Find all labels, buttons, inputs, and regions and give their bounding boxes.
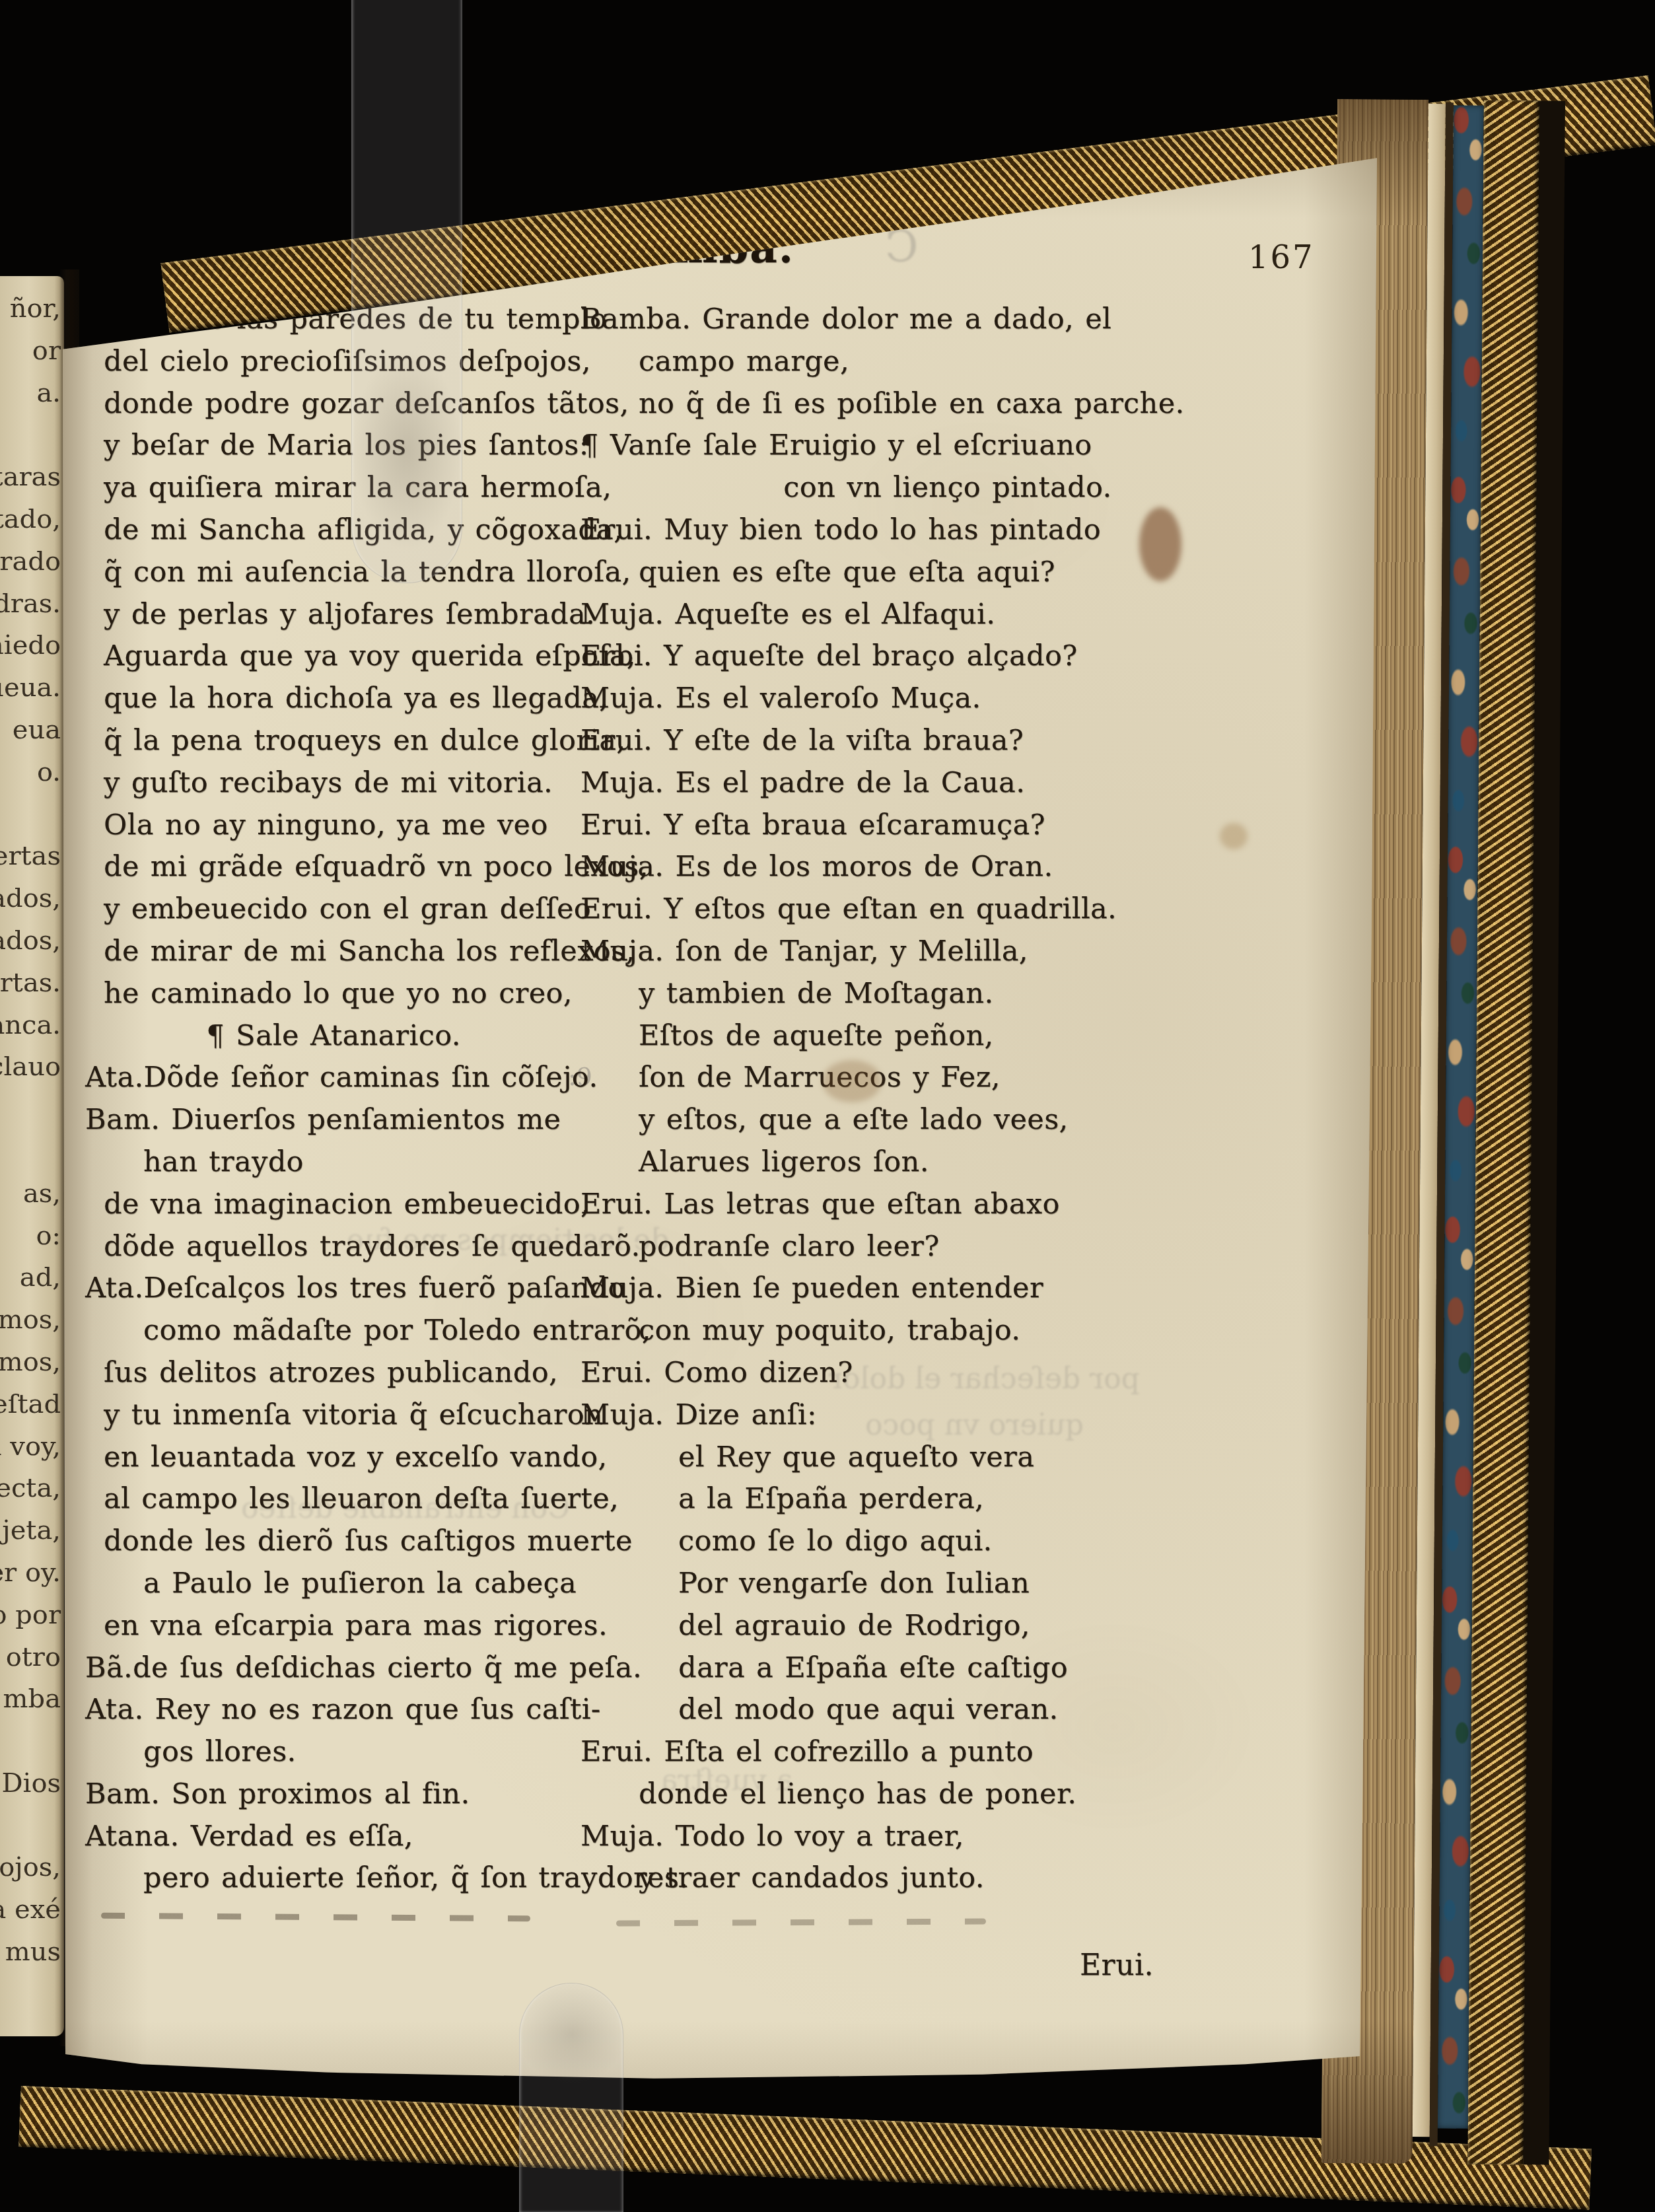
facing-page-fragment: jeta, bbox=[0, 1510, 64, 1552]
verse-line: han traydo bbox=[83, 1141, 584, 1184]
verse-line: ſus delitos atrozes publicando, bbox=[83, 1352, 584, 1394]
verse-line: Atana. Verdad es eſſa, bbox=[83, 1816, 584, 1858]
verse-line: al campo les lleuaron deſta ſuerte, bbox=[83, 1478, 584, 1520]
verse-line: y eſtos, que a eſte lado vees, bbox=[578, 1099, 1318, 1141]
verse-line: Bam. Diuerſos penſamientos me bbox=[83, 1099, 584, 1141]
verse-line: Por vengarſe don Iulian bbox=[578, 1563, 1318, 1605]
verse-line: ya quiſiera mirar la cara hermoſa, bbox=[83, 467, 584, 509]
facing-page-fragment: mis ojos, bbox=[0, 1847, 64, 1889]
verse-line: Muja. Todo lo voy a traer, bbox=[578, 1816, 1318, 1858]
verse-line: dõde aquellos traydores ſe quedarõ. bbox=[83, 1226, 584, 1268]
facing-page-fragment: ntado, bbox=[0, 499, 64, 541]
verse-line: Erui. Y eſtos que eſtan en quadrilla. bbox=[578, 888, 1318, 931]
facing-page-fragment: ya voy, bbox=[0, 1426, 64, 1468]
verse-line: de mi grãde eſquadrõ vn poco lexos, bbox=[83, 846, 584, 888]
verse-line: campo marge, bbox=[578, 341, 1318, 383]
facing-page-fragment: eua bbox=[0, 709, 64, 752]
catchword: Erui. bbox=[1080, 1948, 1154, 1982]
facing-page-fragment: eſclauo por bbox=[0, 1594, 64, 1637]
verse-line: del cielo precioſiſsimos deſpojos, bbox=[83, 341, 584, 383]
facing-page-fragment: a tierra exé bbox=[0, 1889, 64, 1931]
verse-line: gos llores. bbox=[83, 1731, 584, 1773]
verse-line: que la hora dichoſa ya es llegada, bbox=[83, 678, 584, 720]
facing-page-fragment: l eſclauo bbox=[0, 1046, 64, 1088]
verse-line: Erui. Muy bien todo lo has pintado bbox=[578, 509, 1318, 552]
book-page: VegaCde los tiempos me fueCon entrañable… bbox=[63, 99, 1377, 2133]
ink-smudge bbox=[616, 1919, 986, 1927]
verse-line: Erbi. Y aqueſte del braço alçado? bbox=[578, 635, 1318, 678]
verse-line: donde podre gozar deſcanſos tãtos, bbox=[83, 383, 584, 425]
verse-line: y beſar de Maria los pies ſantos: bbox=[83, 425, 584, 467]
verse-line: Muja. Es el padre de la Caua. bbox=[578, 762, 1318, 804]
verse-line: en leuantada voz y excelſo vando, bbox=[83, 1437, 584, 1479]
verse-line: dara a Eſpaña eſte caſtigo bbox=[578, 1647, 1318, 1690]
verse-line: y guſto recibays de mi vitoria. bbox=[83, 762, 584, 804]
verse-line: donde les dierõ ſus caſtigos muerte bbox=[83, 1520, 584, 1563]
verse-line: el Rey que aqueſto vera bbox=[578, 1437, 1318, 1479]
verse-line: Erui. Como dizen? bbox=[578, 1352, 1318, 1394]
verse-line: de mirar de mi Sancha los reflexos, bbox=[83, 931, 584, 973]
facing-page-fragment: dados, bbox=[0, 878, 64, 920]
facing-page-fragment: ndras. bbox=[0, 583, 64, 625]
right-text-column: Bamba. Grande dolor me a dado, elcampo m… bbox=[578, 299, 1318, 1900]
verse-line: ¶ Vanſe ſale Eruigio y el eſcriuano bbox=[578, 425, 1318, 467]
verse-line: Muja. ſon de Tanjar, y Melilla, bbox=[578, 931, 1318, 973]
facing-page-fragment: neabados, bbox=[0, 920, 64, 962]
verse-line: no q̃ de ſi es poſible en caxa parche. bbox=[578, 383, 1318, 425]
facing-page-fragment: mi Dios bbox=[0, 1763, 64, 1805]
ink-stain bbox=[1139, 507, 1181, 581]
facing-page-fragment: vamos, bbox=[0, 1299, 64, 1341]
facing-page-fragment: Mageſtad bbox=[0, 1384, 64, 1426]
verse-line: como ſe lo digo aqui. bbox=[578, 1520, 1318, 1563]
facing-page-fragment: mba bbox=[0, 1678, 64, 1721]
verse-line: Bamba. Grande dolor me a dado, el bbox=[578, 299, 1318, 341]
verse-line: he caminado lo que yo no creo, bbox=[83, 973, 584, 1015]
verse-line: pero aduierte ſeñor, q̃ ſon traydores. bbox=[83, 1857, 584, 1900]
verse-line: Ola no ay ninguno, ya me veo bbox=[83, 804, 584, 847]
transparent-book-strap-top bbox=[351, 0, 462, 583]
ink-stain bbox=[822, 1060, 882, 1102]
left-text-column: mirando las paredes de tu templodel ciel… bbox=[83, 299, 584, 1900]
facing-page-fragment bbox=[0, 794, 64, 836]
verse-line: Bã.de ſus deſdichas cierto q̃ me peſa. bbox=[83, 1647, 584, 1690]
facing-page-fragment: niedo bbox=[0, 625, 64, 667]
verse-line: Ata.Dõde ſeñor caminas ſin cõſejo. bbox=[83, 1057, 584, 1099]
facing-page-fragment: taras bbox=[0, 456, 64, 499]
verse-line: Muja. Aqueſte es el Alfaqui. bbox=[578, 594, 1318, 636]
verse-line: Erui. Y eſta braua eſcaramuça? bbox=[578, 804, 1318, 847]
verse-line: q̃ con mi auſencia la tendra lloroſa, bbox=[83, 552, 584, 594]
verse-line: q̃ la pena troqueys en dulce gloria, bbox=[83, 720, 584, 762]
verse-line: Bam. Son proximos al fin. bbox=[83, 1773, 584, 1816]
book-photo: ñor,ora.tarasntado,cerradondras.niedocue… bbox=[0, 0, 1655, 2212]
ink-stain bbox=[1220, 823, 1248, 849]
verse-line: y embeuecido con el gran deſſeo bbox=[83, 888, 584, 931]
facing-page-fragment: cerrado bbox=[0, 541, 64, 583]
facing-page-fragment bbox=[0, 1088, 64, 1131]
facing-page-fragment: os puertas bbox=[0, 836, 64, 878]
verse-line: con vn lienço pintado. bbox=[578, 467, 1318, 509]
facing-page-fragment: as, bbox=[0, 1173, 64, 1215]
facing-page-fragment bbox=[0, 414, 64, 456]
verse-line: y de perlas y aljofares ſembrada. bbox=[83, 594, 584, 636]
facing-page-fragment: cueua. bbox=[0, 667, 64, 709]
verse-line: ſon de Marruecos y Fez, bbox=[578, 1057, 1318, 1099]
verse-line: Ata. Rey no es razon que ſus caſti- bbox=[83, 1689, 584, 1731]
transparent-book-strap-bottom bbox=[519, 1983, 623, 2212]
verse-line: a la Eſpaña perdera, bbox=[578, 1478, 1318, 1520]
verse-line: como mãdaſte por Toledo entrarõ, bbox=[83, 1310, 584, 1352]
facing-page-fragment: a por otro bbox=[0, 1637, 64, 1679]
verse-line: donde el lienço has de poner. bbox=[578, 1773, 1318, 1816]
facing-page-fragment: s ciertas. bbox=[0, 962, 64, 1005]
facing-page-fragment: ad, bbox=[0, 1257, 64, 1299]
facing-page-fragment bbox=[0, 1721, 64, 1763]
facing-page-fragment: er oy. bbox=[0, 1552, 64, 1594]
verse-line: Muja. Es de los moros de Oran. bbox=[578, 846, 1318, 888]
facing-page-fragment: tornamos, bbox=[0, 1341, 64, 1384]
verse-line: del modo que aqui veran. bbox=[578, 1689, 1318, 1731]
verse-line: Muja. Dize anſi: bbox=[578, 1394, 1318, 1437]
verse-line: ¶ Sale Atanarico. bbox=[83, 1015, 584, 1057]
verse-line: a Paulo le puſieron la cabeça bbox=[83, 1563, 584, 1605]
verse-line: y tambien de Moſtagan. bbox=[578, 973, 1318, 1015]
facing-page-fragment: orro mus bbox=[0, 1931, 64, 1974]
page-number: 167 bbox=[1248, 239, 1315, 276]
verse-line: Erui. Eſta el cofrezillo a punto bbox=[578, 1731, 1318, 1773]
facing-page-fragment: o. bbox=[0, 752, 64, 794]
verse-line: de vna imaginacion embeuecido, bbox=[83, 1184, 584, 1226]
verse-line: Muja. Es el valeroſo Muça. bbox=[578, 678, 1318, 720]
verse-line: Ata.Deſcalços los tres fuerõ paſando bbox=[83, 1267, 584, 1310]
facing-page-fragment: ñor, bbox=[0, 288, 64, 330]
facing-page-fragment: erfecta, bbox=[0, 1468, 64, 1510]
verse-line: podranſe claro leer? bbox=[578, 1226, 1318, 1268]
verse-line: quien es eſte que eſta aqui? bbox=[578, 552, 1318, 594]
facing-page-fragment: o: bbox=[0, 1215, 64, 1258]
facing-page-fragment bbox=[0, 1805, 64, 1847]
facing-page-text-fragments: ñor,ora.tarasntado,cerradondras.niedocue… bbox=[0, 288, 64, 1974]
verse-line: Muja. Bien ſe pueden entender bbox=[578, 1267, 1318, 1310]
facing-page-sliver: ñor,ora.tarasntado,cerradondras.niedocue… bbox=[0, 276, 64, 2036]
verse-line: Erui. Las letras que eſtan abaxo bbox=[578, 1184, 1318, 1226]
facing-page-fragment: lanca. bbox=[0, 1005, 64, 1047]
facing-page-fragment: or bbox=[0, 330, 64, 373]
verse-line: en vna eſcarpia para mas rigores. bbox=[83, 1605, 584, 1647]
verse-line: y traer candados junto. bbox=[578, 1857, 1318, 1900]
verse-line: Erui. Y eſte de la viſta braua? bbox=[578, 720, 1318, 762]
facing-page-fragment bbox=[0, 1131, 64, 1173]
verse-line: Aguarda que ya voy querida eſpoſa, bbox=[83, 635, 584, 678]
ink-smudge bbox=[101, 1913, 530, 1922]
facing-page-fragment: a. bbox=[0, 373, 64, 415]
verse-line: Eſtos de aqueſte peñon, bbox=[578, 1015, 1318, 1057]
verse-line: de mi Sancha afligida, y cõgoxada, bbox=[83, 509, 584, 552]
verse-line: con muy poquito, trabajo. bbox=[578, 1310, 1318, 1352]
verse-line: del agrauio de Rodrigo, bbox=[578, 1605, 1318, 1647]
verse-line: y tu inmenſa vitoria q̃ eſcucharon bbox=[83, 1394, 584, 1437]
verse-line: Alarues ligeros ſon. bbox=[578, 1141, 1318, 1184]
